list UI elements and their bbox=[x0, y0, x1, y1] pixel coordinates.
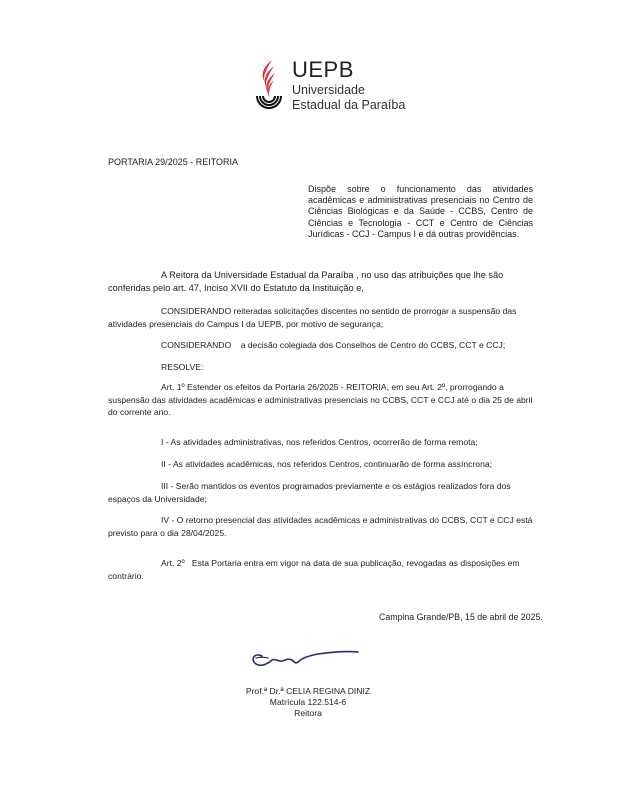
document-page: UEPB Universidade Estadual da Paraíba PO… bbox=[0, 0, 640, 800]
paragraph-intro: A Reitora da Universidade Estadual da Pa… bbox=[108, 269, 536, 294]
signer-role: Reitora bbox=[220, 708, 396, 719]
logo-name-line2: Estadual da Paraíba bbox=[292, 98, 405, 112]
logo-acronym: UEPB bbox=[292, 58, 354, 82]
paragraph-art1: Art. 1º Estender os efeitos da Portaria … bbox=[108, 381, 536, 419]
paragraph-inciso-iv: IV - O retorno presencial das atividades… bbox=[108, 514, 536, 539]
logo-name-line1: Universidade bbox=[292, 83, 365, 97]
paragraph-inciso-ii: II - As atividades acadêmicas, nos refer… bbox=[108, 458, 536, 471]
paragraph-inciso-iii: III - Serão mantidos os eventos programa… bbox=[108, 480, 536, 505]
paragraph-art2: Art. 2º Esta Portaria entra em vigor na … bbox=[108, 557, 536, 582]
paragraph-inciso-i: I - As atividades administrativas, nos r… bbox=[108, 436, 536, 449]
place-and-date: Campina Grande/PB, 15 de abril de 2025. bbox=[379, 612, 543, 622]
paragraph-resolve: RESOLVE: bbox=[108, 361, 536, 374]
document-ementa: Dispõe sobre o funcionamento das ativida… bbox=[308, 184, 533, 240]
handwritten-signature-icon bbox=[248, 646, 360, 670]
uepb-logo: UEPB Universidade Estadual da Paraíba bbox=[252, 58, 422, 114]
document-number: PORTARIA 29/2025 - REITORIA bbox=[108, 157, 238, 167]
signer-name: Prof.ª Dr.ª CELIA REGINA DINIZ bbox=[220, 686, 396, 697]
signer-block: Prof.ª Dr.ª CELIA REGINA DINIZ Matrícula… bbox=[220, 686, 396, 719]
uepb-flame-logo-icon bbox=[252, 58, 286, 114]
paragraph-considerando-1: CONSIDERANDO reiteradas solicitações dis… bbox=[108, 305, 536, 330]
paragraph-considerando-2: CONSIDERANDO a decisão colegiada dos Con… bbox=[108, 339, 536, 352]
signer-registration: Matrícula 122.514-6 bbox=[220, 697, 396, 708]
